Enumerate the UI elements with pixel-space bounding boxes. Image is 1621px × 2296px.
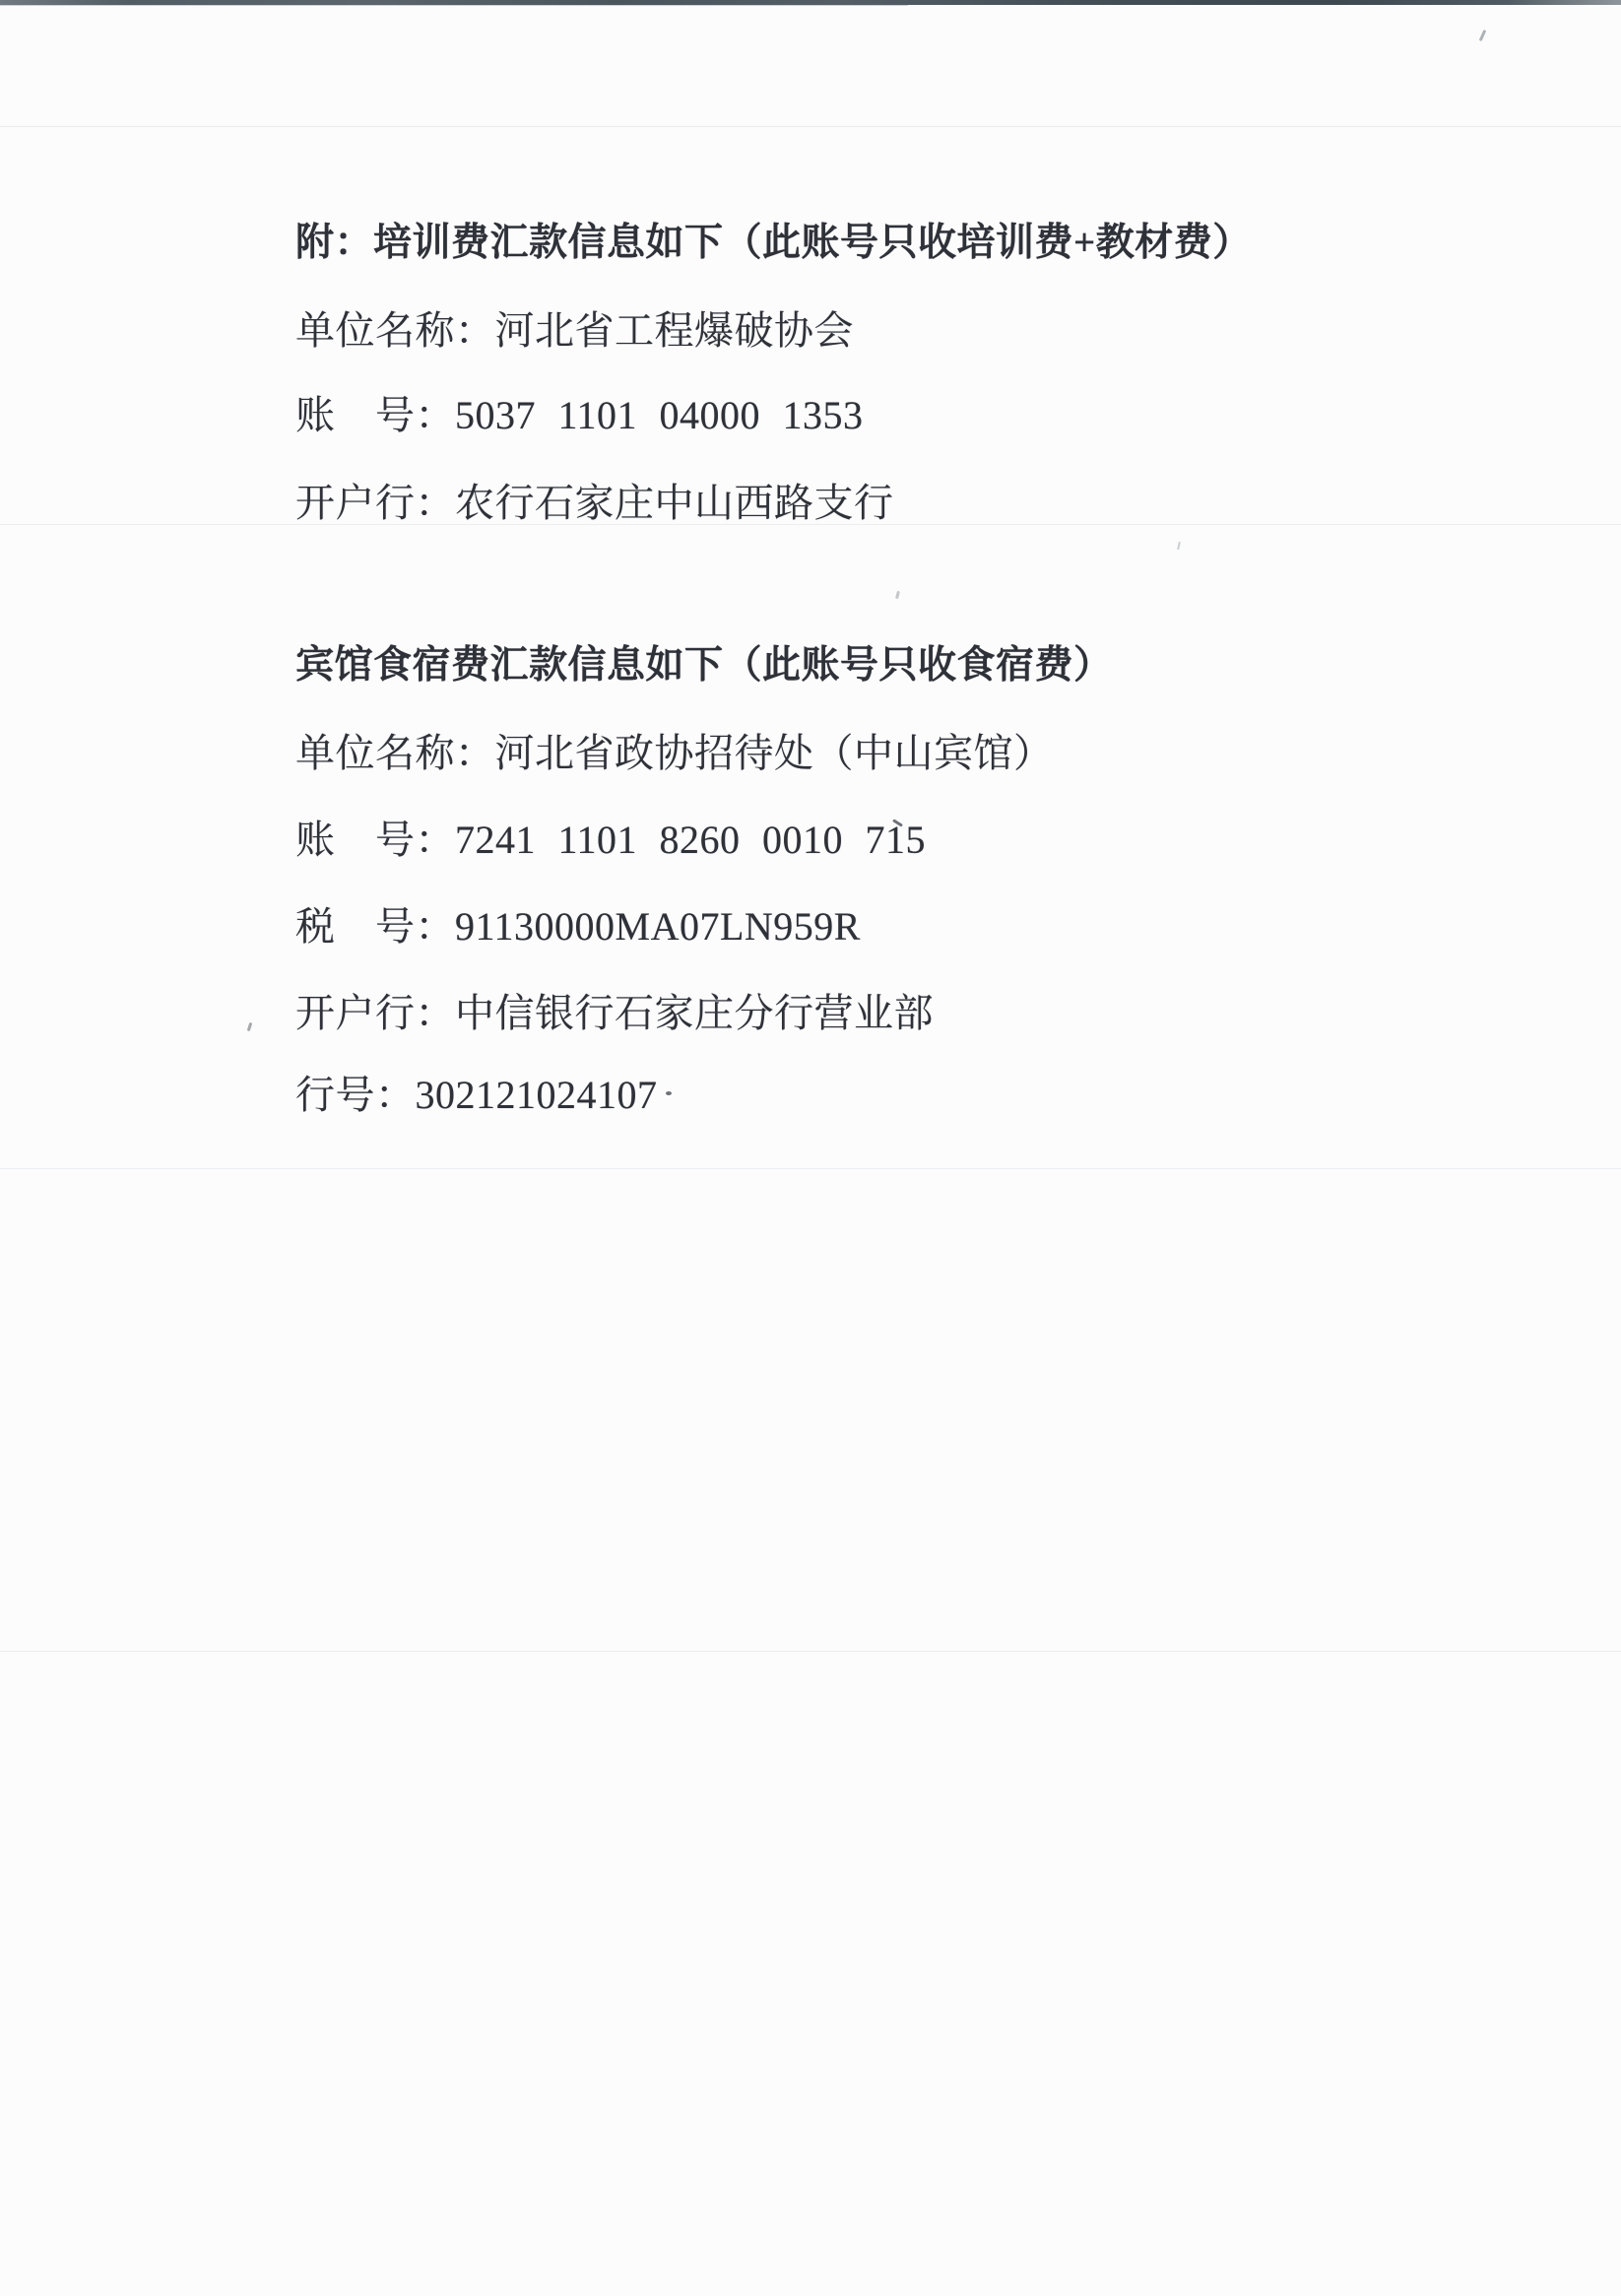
field-value: 91130000MA07LN959R: [455, 904, 861, 949]
field-label: 开户行：: [295, 991, 455, 1035]
scan-speck: [666, 1091, 672, 1095]
heading-text: 宾馆食宿费汇款信息如下（此账号只收食宿费）: [295, 644, 1113, 687]
section-heading-hotel-fee: 宾馆食宿费汇款信息如下（此账号只收食宿费）: [295, 643, 1113, 689]
row-bank-code: 行号：302121024107: [295, 1073, 658, 1118]
field-value: 7241 1101 8260 0010 715: [455, 818, 926, 862]
scanned-document-page: 附：培训费汇款信息如下（此账号只收培训费+教材费） 单位名称：河北省工程爆破协会…: [0, 0, 1621, 2296]
field-value: 农行石家庄中山西路支行: [455, 481, 894, 525]
field-label: 账 号：: [295, 393, 455, 437]
scan-top-edge-shadow: [0, 5, 908, 6]
row-unit-name: 单位名称：河北省工程爆破协会: [295, 308, 854, 354]
row-unit-name: 单位名称：河北省政协招待处（中山宾馆）: [295, 731, 1054, 776]
field-value: 5037 1101 04000 1353: [455, 393, 864, 437]
scan-speck: [895, 591, 900, 600]
field-value: 河北省政协招待处（中山宾馆）: [495, 731, 1054, 775]
scan-streak: [0, 126, 1621, 127]
scan-streak: [0, 1168, 1621, 1169]
heading-text: 附：培训费汇款信息如下（此账号只收培训费+教材费）: [295, 222, 1252, 264]
row-bank-branch: 开户行：中信银行石家庄分行营业部: [295, 991, 934, 1036]
field-value: 河北省工程爆破协会: [495, 308, 855, 353]
scan-streak: [0, 1651, 1621, 1652]
row-bank-branch: 开户行：农行石家庄中山西路支行: [295, 481, 894, 526]
field-label: 单位名称：: [295, 308, 495, 353]
row-account-number: 账 号：7241 1101 8260 0010 715: [295, 818, 926, 863]
section-heading-training-fee: 附：培训费汇款信息如下（此账号只收培训费+教材费）: [295, 221, 1252, 266]
field-value: 中信银行石家庄分行营业部: [455, 991, 934, 1035]
field-label: 税 号：: [295, 904, 455, 949]
field-label: 行号：: [295, 1073, 416, 1117]
row-tax-number: 税 号：91130000MA07LN959R: [295, 904, 861, 950]
scan-speck: [1177, 542, 1181, 550]
field-label: 账 号：: [295, 818, 455, 862]
row-account-number: 账 号：5037 1101 04000 1353: [295, 393, 864, 438]
scan-speck: [247, 1022, 253, 1031]
field-label: 开户行：: [295, 481, 455, 525]
field-label: 单位名称：: [295, 731, 495, 775]
scan-speck: [1479, 30, 1487, 41]
field-value: 302121024107: [416, 1073, 658, 1117]
